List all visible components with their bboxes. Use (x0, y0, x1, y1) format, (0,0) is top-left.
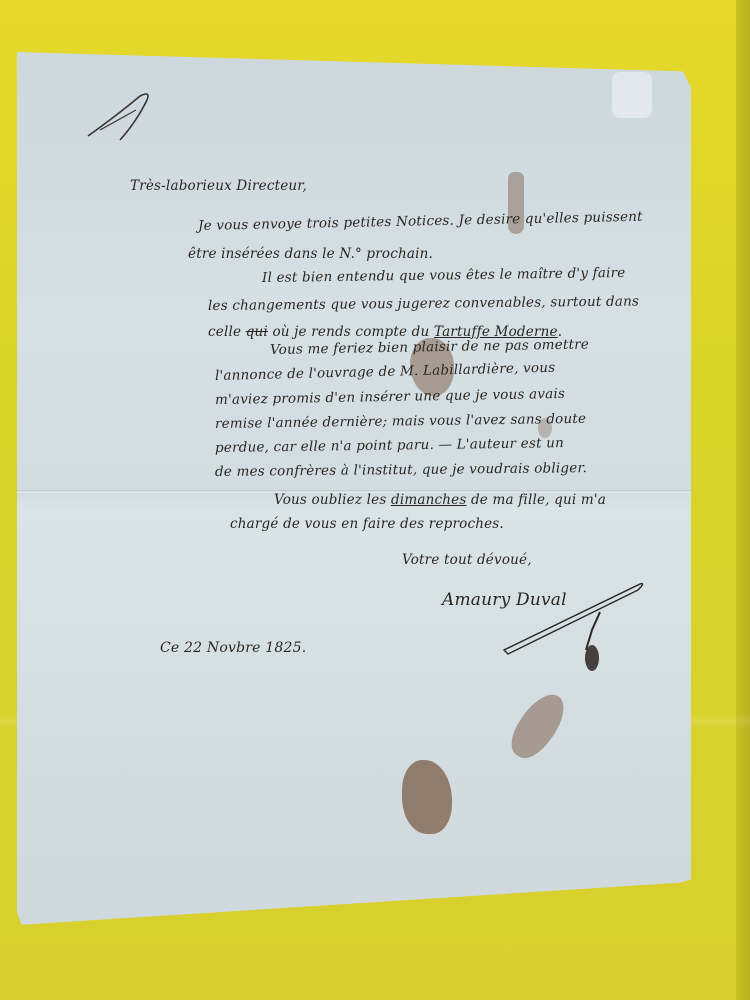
text-ou-je-rends-compte: où je rends compte du (272, 324, 429, 340)
background-edge (736, 0, 750, 1000)
text-de-ma-fille: de ma fille, qui m'a (471, 492, 606, 508)
paragraph-1-line-2: être insérées dans le N.° prochain. (188, 246, 433, 262)
catalog-number-mark-icon (80, 88, 160, 148)
struck-word: qui (246, 324, 268, 340)
salutation: Très-laborieux Directeur, (130, 178, 307, 194)
paragraph-4-line-1: Vous oubliez les dimanches de ma fille, … (274, 492, 606, 508)
paragraph-4-line-2: chargé de vous en faire des reproches. (230, 516, 504, 532)
closing: Votre tout dévoué, (402, 552, 532, 568)
text-celle: celle (208, 324, 241, 340)
underlined-word-dimanches: dimanches (391, 492, 466, 508)
text-vous-oubliez-les: Vous oubliez les (274, 492, 386, 508)
signature-flourish-icon (500, 580, 650, 660)
date: Ce 22 Novbre 1825. (160, 640, 306, 656)
paper-corner-mark (612, 72, 652, 118)
